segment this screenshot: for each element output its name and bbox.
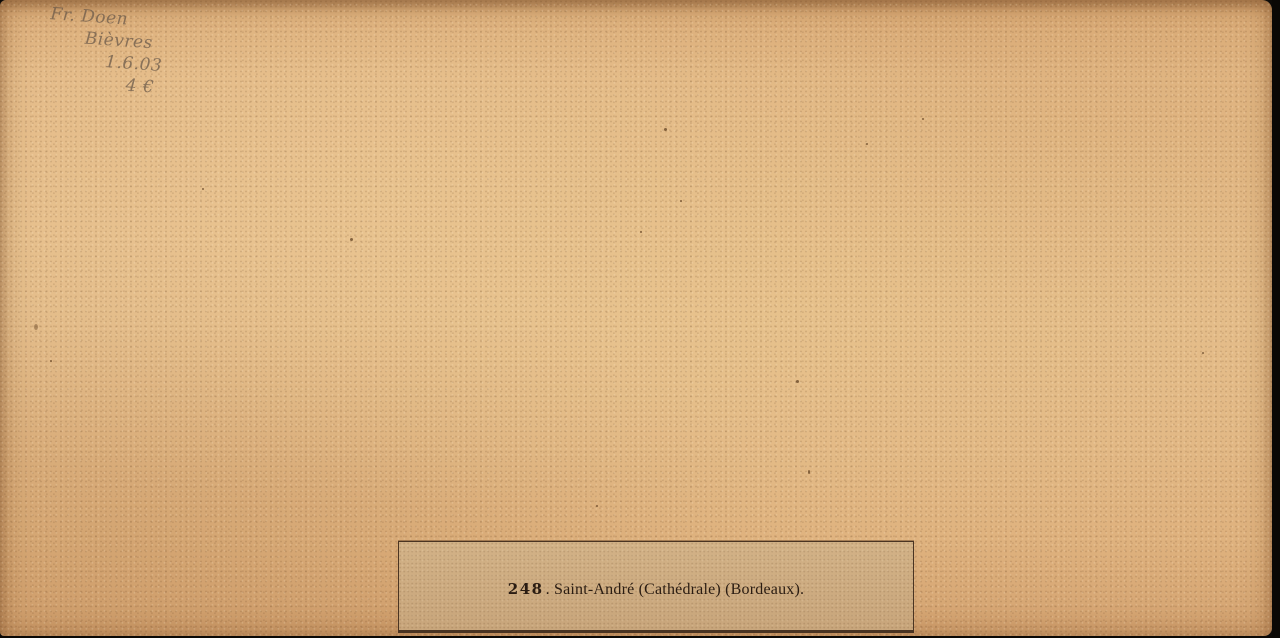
paper-speck [596, 505, 598, 507]
printed-caption-label: 248. Saint-André (Cathédrale) (Bordeaux)… [398, 541, 914, 633]
paper-speck [808, 470, 810, 474]
paper-speck [640, 231, 642, 233]
stereoview-card-back: Fr. Doen Bièvres 1.6.03 4 € 248. Saint-A… [0, 0, 1272, 636]
caption-text: 248. Saint-André (Cathédrale) (Bordeaux)… [508, 580, 804, 599]
paper-speck [922, 118, 924, 120]
scan-border-right [1272, 0, 1280, 638]
paper-speck [664, 128, 667, 131]
caption-title: Saint-André (Cathédrale) (Bordeaux). [554, 581, 804, 598]
paper-speck [866, 143, 868, 145]
paper-speck [34, 324, 38, 330]
catalog-number: 248 [508, 580, 544, 598]
paper-speck [350, 238, 353, 241]
paper-speck [1202, 352, 1204, 354]
pencil-note-line: 1.6.03 [104, 51, 193, 79]
paper-speck [202, 188, 204, 190]
paper-speck [796, 380, 799, 383]
paper-speck [680, 200, 682, 202]
catalog-number-separator: . [546, 581, 550, 598]
handwritten-pencil-note: Fr. Doen Bièvres 1.6.03 4 € [41, 3, 197, 101]
pencil-note-line: 4 € [125, 75, 192, 102]
paper-speck [50, 360, 52, 362]
